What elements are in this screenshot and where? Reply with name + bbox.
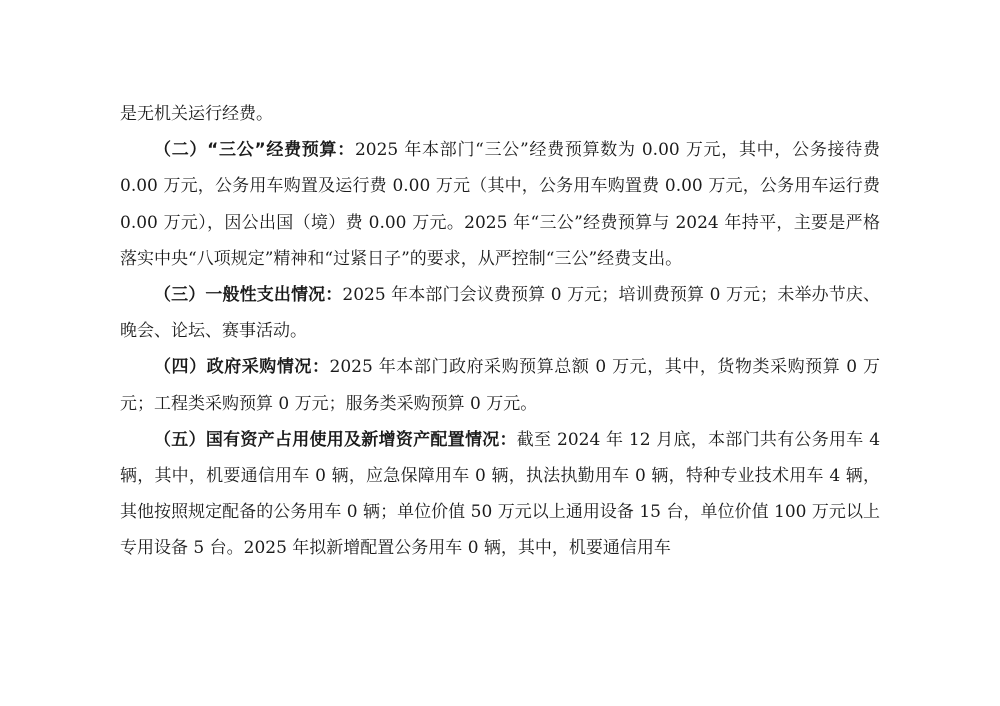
section-heading: （三）一般性支出情况： [154,285,342,305]
section-heading: （四）政府采购情况： [154,357,330,377]
paragraph-government-procurement: （四）政府采购情况：2025 年本部门政府采购预算总额 0 万元，其中，货物类采… [120,349,880,421]
section-heading: （二）“三公”经费预算： [154,140,355,160]
document-page: 是无机关运行经费。 （二）“三公”经费预算：2025 年本部门“三公”经费预算数… [120,96,880,567]
paragraph-three-public-budget: （二）“三公”经费预算：2025 年本部门“三公”经费预算数为 0.00 万元，… [120,132,880,277]
paragraph-text: 是无机关运行经费。 [120,104,273,124]
paragraph-general-expenditure: （三）一般性支出情况：2025 年本部门会议费预算 0 万元；培训费预算 0 万… [120,277,880,349]
paragraph-state-assets: （五）国有资产占用使用及新增资产配置情况：截至 2024 年 12 月底，本部门… [120,422,880,567]
section-heading: （五）国有资产占用使用及新增资产配置情况： [154,430,517,450]
paragraph-continuation: 是无机关运行经费。 [120,96,880,132]
